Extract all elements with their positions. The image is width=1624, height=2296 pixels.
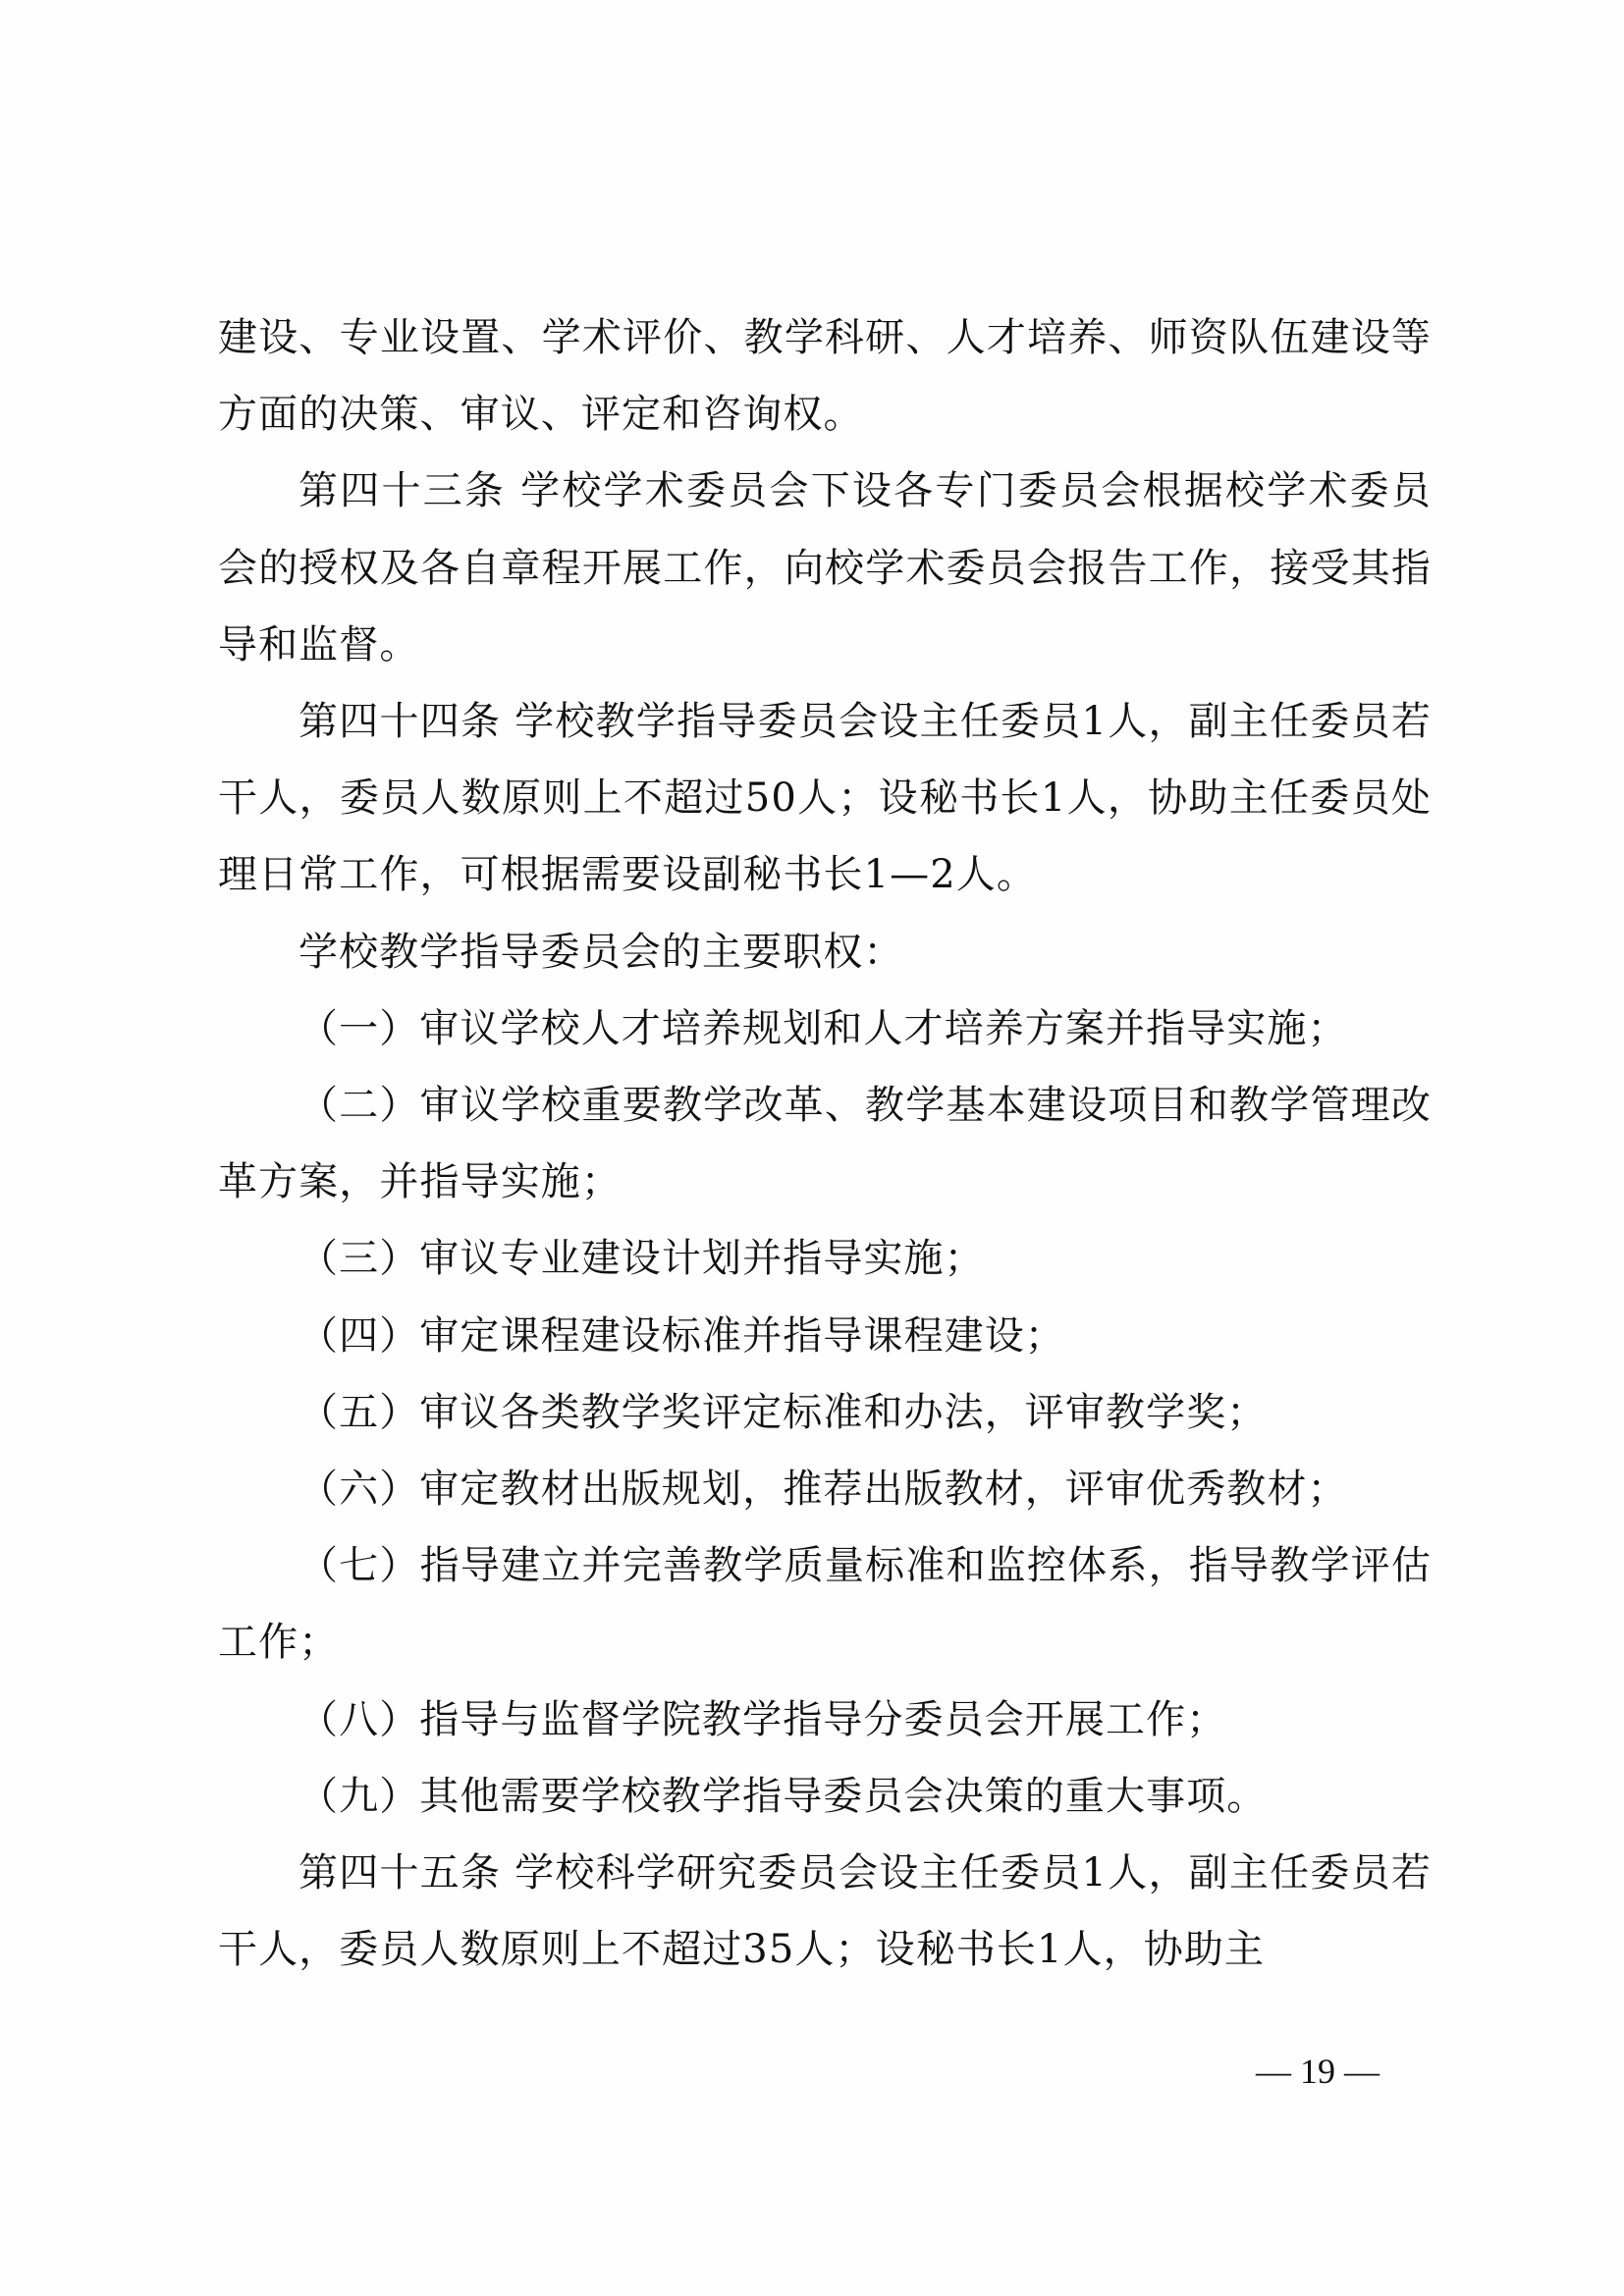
paragraph-continuation-article-42: 建设、专业设置、学术评价、教学科研、人才培养、师资队伍建设等方面的决策、审议、评…	[218, 299, 1432, 453]
list-item-power-7: （七）指导建立并完善教学质量标准和监控体系，指导教学评估工作；	[218, 1527, 1432, 1681]
document-body: 建设、专业设置、学术评价、教学科研、人才培养、师资队伍建设等方面的决策、审议、评…	[218, 299, 1432, 1988]
document-page: 建设、专业设置、学术评价、教学科研、人才培养、师资队伍建设等方面的决策、审议、评…	[0, 0, 1624, 2296]
page-number: — 19 —	[1239, 2050, 1396, 2093]
paragraph-article-44: 第四十四条 学校教学指导委员会设主任委员1人，副主任委员若干人，委员人数原则上不…	[218, 683, 1432, 914]
list-item-power-4: （四）审定课程建设标准并指导课程建设；	[218, 1298, 1432, 1374]
list-item-power-5: （五）审议各类教学奖评定标准和办法，评审教学奖；	[218, 1374, 1432, 1451]
paragraph-article-43: 第四十三条 学校学术委员会下设各专门委员会根据校学术委员会的授权及各自章程开展工…	[218, 453, 1432, 683]
list-item-power-9: （九）其他需要学校教学指导委员会决策的重大事项。	[218, 1758, 1432, 1835]
list-item-power-8: （八）指导与监督学院教学指导分委员会开展工作；	[218, 1682, 1432, 1758]
list-item-power-6: （六）审定教材出版规划，推荐出版教材，评审优秀教材；	[218, 1451, 1432, 1527]
list-item-power-3: （三）审议专业建设计划并指导实施；	[218, 1220, 1432, 1297]
paragraph-teaching-committee-powers-heading: 学校教学指导委员会的主要职权：	[218, 914, 1432, 990]
list-item-power-2: （二）审议学校重要教学改革、教学基本建设项目和教学管理改革方案，并指导实施；	[218, 1067, 1432, 1220]
paragraph-article-45: 第四十五条 学校科学研究委员会设主任委员1人，副主任委员若干人，委员人数原则上不…	[218, 1835, 1432, 1988]
list-item-power-1: （一）审议学校人才培养规划和人才培养方案并指导实施；	[218, 990, 1432, 1067]
